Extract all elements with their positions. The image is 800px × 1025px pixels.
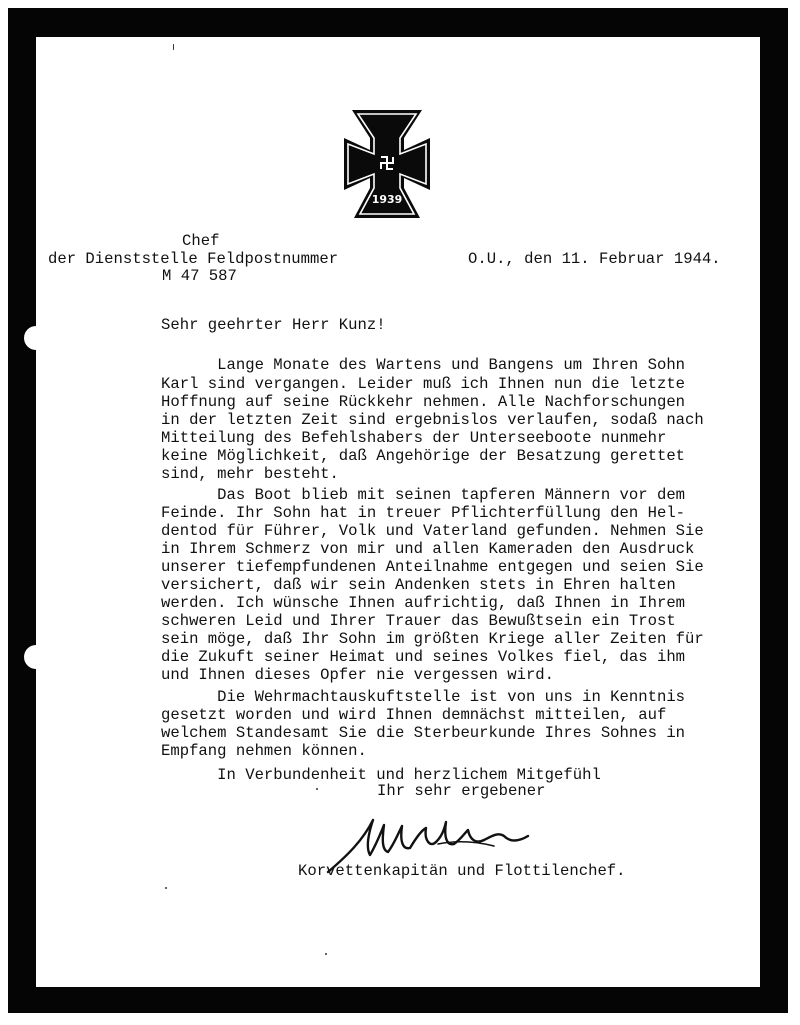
body-line: Mitteilung des Befehlshabers der Unterse… (161, 429, 666, 448)
body-line: Das Boot blieb mit seinen tapferen Männe… (161, 486, 685, 505)
body-line: gesetzt worden und wird Ihnen demnächst … (161, 706, 666, 725)
body-line: Karl sind vergangen. Leider muß ich Ihne… (161, 375, 685, 394)
scan-speck (173, 44, 174, 50)
body-line: unserer tiefempfundenen Anteilnahme entg… (161, 558, 704, 577)
body-line: schweren Leid und Ihrer Trauer das Bewuß… (161, 612, 676, 631)
body-line: in Ihrem Schmerz von mir und allen Kamer… (161, 540, 694, 559)
body-line: dentod für Führer, Volk und Vaterland ge… (161, 522, 704, 541)
field-post-number: M 47 587 (162, 267, 237, 286)
signer-title: Korvettenkapitän und Flottilenchef. (298, 862, 626, 881)
body-line: Lange Monate des Wartens und Bangens um … (161, 356, 685, 375)
valediction: Ihr sehr ergebener (377, 782, 545, 801)
body-line: in der letzten Zeit sind ergebnislos ver… (161, 411, 704, 430)
body-line: sind, mehr besteht. (161, 465, 339, 484)
body-line: Feinde. Ihr Sohn hat in treuer Pflichter… (161, 504, 685, 523)
body-line: werden. Ich wünsche Ihnen aufrichtig, da… (161, 594, 685, 613)
body-line: die Zukuft seiner Heimat und seines Volk… (161, 648, 685, 667)
body-line: sein möge, daß Ihr Sohn im größten Krieg… (161, 630, 704, 649)
svg-text:1939: 1939 (372, 193, 403, 206)
body-line: Hoffnung auf seine Rückkehr nehmen. Alle… (161, 393, 685, 412)
body-line: Empfang nehmen können. (161, 742, 367, 761)
salutation: Sehr geehrter Herr Kunz! (161, 316, 386, 335)
place-date: O.U., den 11. Februar 1944. (468, 250, 721, 269)
body-line: welchem Standesamt Sie die Sterbeurkunde… (161, 724, 685, 743)
scan-speck (325, 953, 327, 955)
body-line: keine Möglichkeit, daß Angehörige der Be… (161, 447, 685, 466)
iron-cross-icon: 1939 (342, 108, 432, 220)
scan-speck (316, 788, 318, 790)
sender-title: Chef (182, 232, 219, 251)
body-line: und Ihnen dieses Opfer nie vergessen wir… (161, 666, 554, 685)
scan-speck (165, 887, 167, 889)
body-line: versichert, daß wir sein Andenken stets … (161, 576, 676, 595)
body-line: Die Wehrmachtauskuftstelle ist von uns i… (161, 688, 685, 707)
